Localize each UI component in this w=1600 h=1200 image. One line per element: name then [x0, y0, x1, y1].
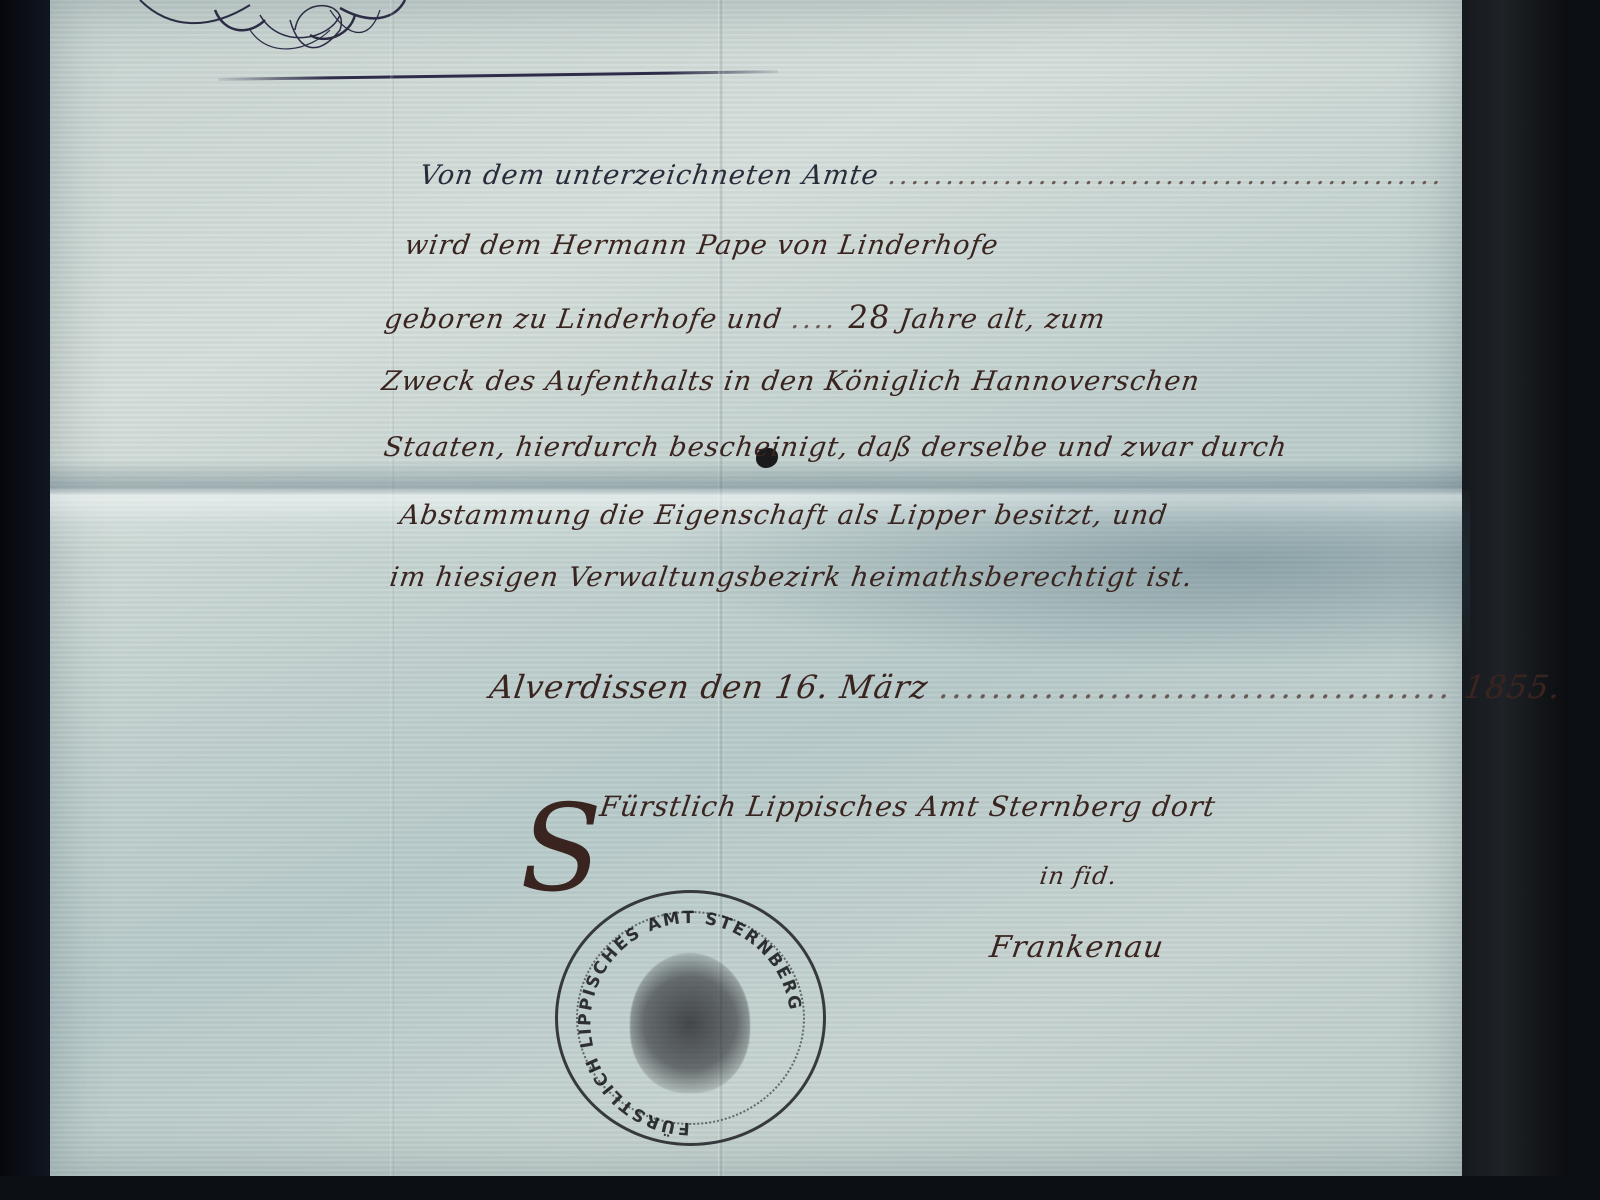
line-text: geboren zu Linderhofe und [382, 304, 784, 335]
dark-background-right [1458, 0, 1568, 1176]
document-line-2: wird dem Hermann Pape von Linderhofe [403, 230, 1001, 261]
line-text: Abstammung die Eigenschaft als Lipper be… [398, 500, 1170, 531]
signature-name: Frankenau [988, 930, 1167, 965]
signer-name: Frankenau [988, 930, 1167, 965]
official-seal-stamp: FÜRSTLICH LIPPISCHES AMT STERNBERG [555, 890, 826, 1146]
fill-dots: ....................................... [937, 668, 1456, 706]
signature-sub-line: in fid. [1038, 862, 1119, 890]
dateline: Alverdissen den 16. März ...............… [487, 668, 1563, 706]
document-line-4: Zweck des Aufenthalts in den Königlich H… [380, 366, 1202, 397]
date-month: März [838, 668, 931, 706]
line-text-tail: Jahre alt, zum [898, 304, 1108, 335]
line-text: Zweck des Aufenthalts in den Königlich H… [380, 366, 1202, 397]
fill-dots: ........................................… [886, 160, 1446, 191]
line-text: Staaten, hierdurch bescheinigt, daß ders… [382, 432, 1290, 463]
document-line-5: Staaten, hierdurch bescheinigt, daß ders… [382, 432, 1290, 463]
document-line-3: geboren zu Linderhofe und .... 28 Jahre … [382, 298, 1108, 336]
document-line-7: im hiesigen Verwaltungsbezirk heimathsbe… [388, 562, 1195, 593]
sub-text: in fid. [1038, 862, 1119, 890]
line-text: wird dem Hermann Pape von Linderhofe [403, 230, 1001, 261]
place-name: Alverdissen [487, 668, 692, 706]
fill-dots: .... [789, 304, 840, 335]
coat-of-arms-icon [630, 953, 750, 1093]
office-text: Fürstlich Lippisches Amt Sternberg dort [598, 790, 1218, 823]
document-line-6: Abstammung die Eigenschaft als Lipper be… [398, 500, 1170, 531]
date-day: 16. [772, 668, 831, 706]
line-text: Von dem unterzeichneten Amte [418, 160, 881, 191]
age-value: 28 [845, 298, 893, 336]
date-year: 1855. [1462, 668, 1564, 706]
signature-office-line: Fürstlich Lippisches Amt Sternberg dort [598, 790, 1218, 823]
line-text: im hiesigen Verwaltungsbezirk heimathsbe… [388, 562, 1195, 593]
document-line-1: Von dem unterzeichneten Amte ...........… [418, 160, 1447, 191]
dark-background-left [0, 0, 52, 1176]
date-prefix: den [698, 668, 766, 706]
